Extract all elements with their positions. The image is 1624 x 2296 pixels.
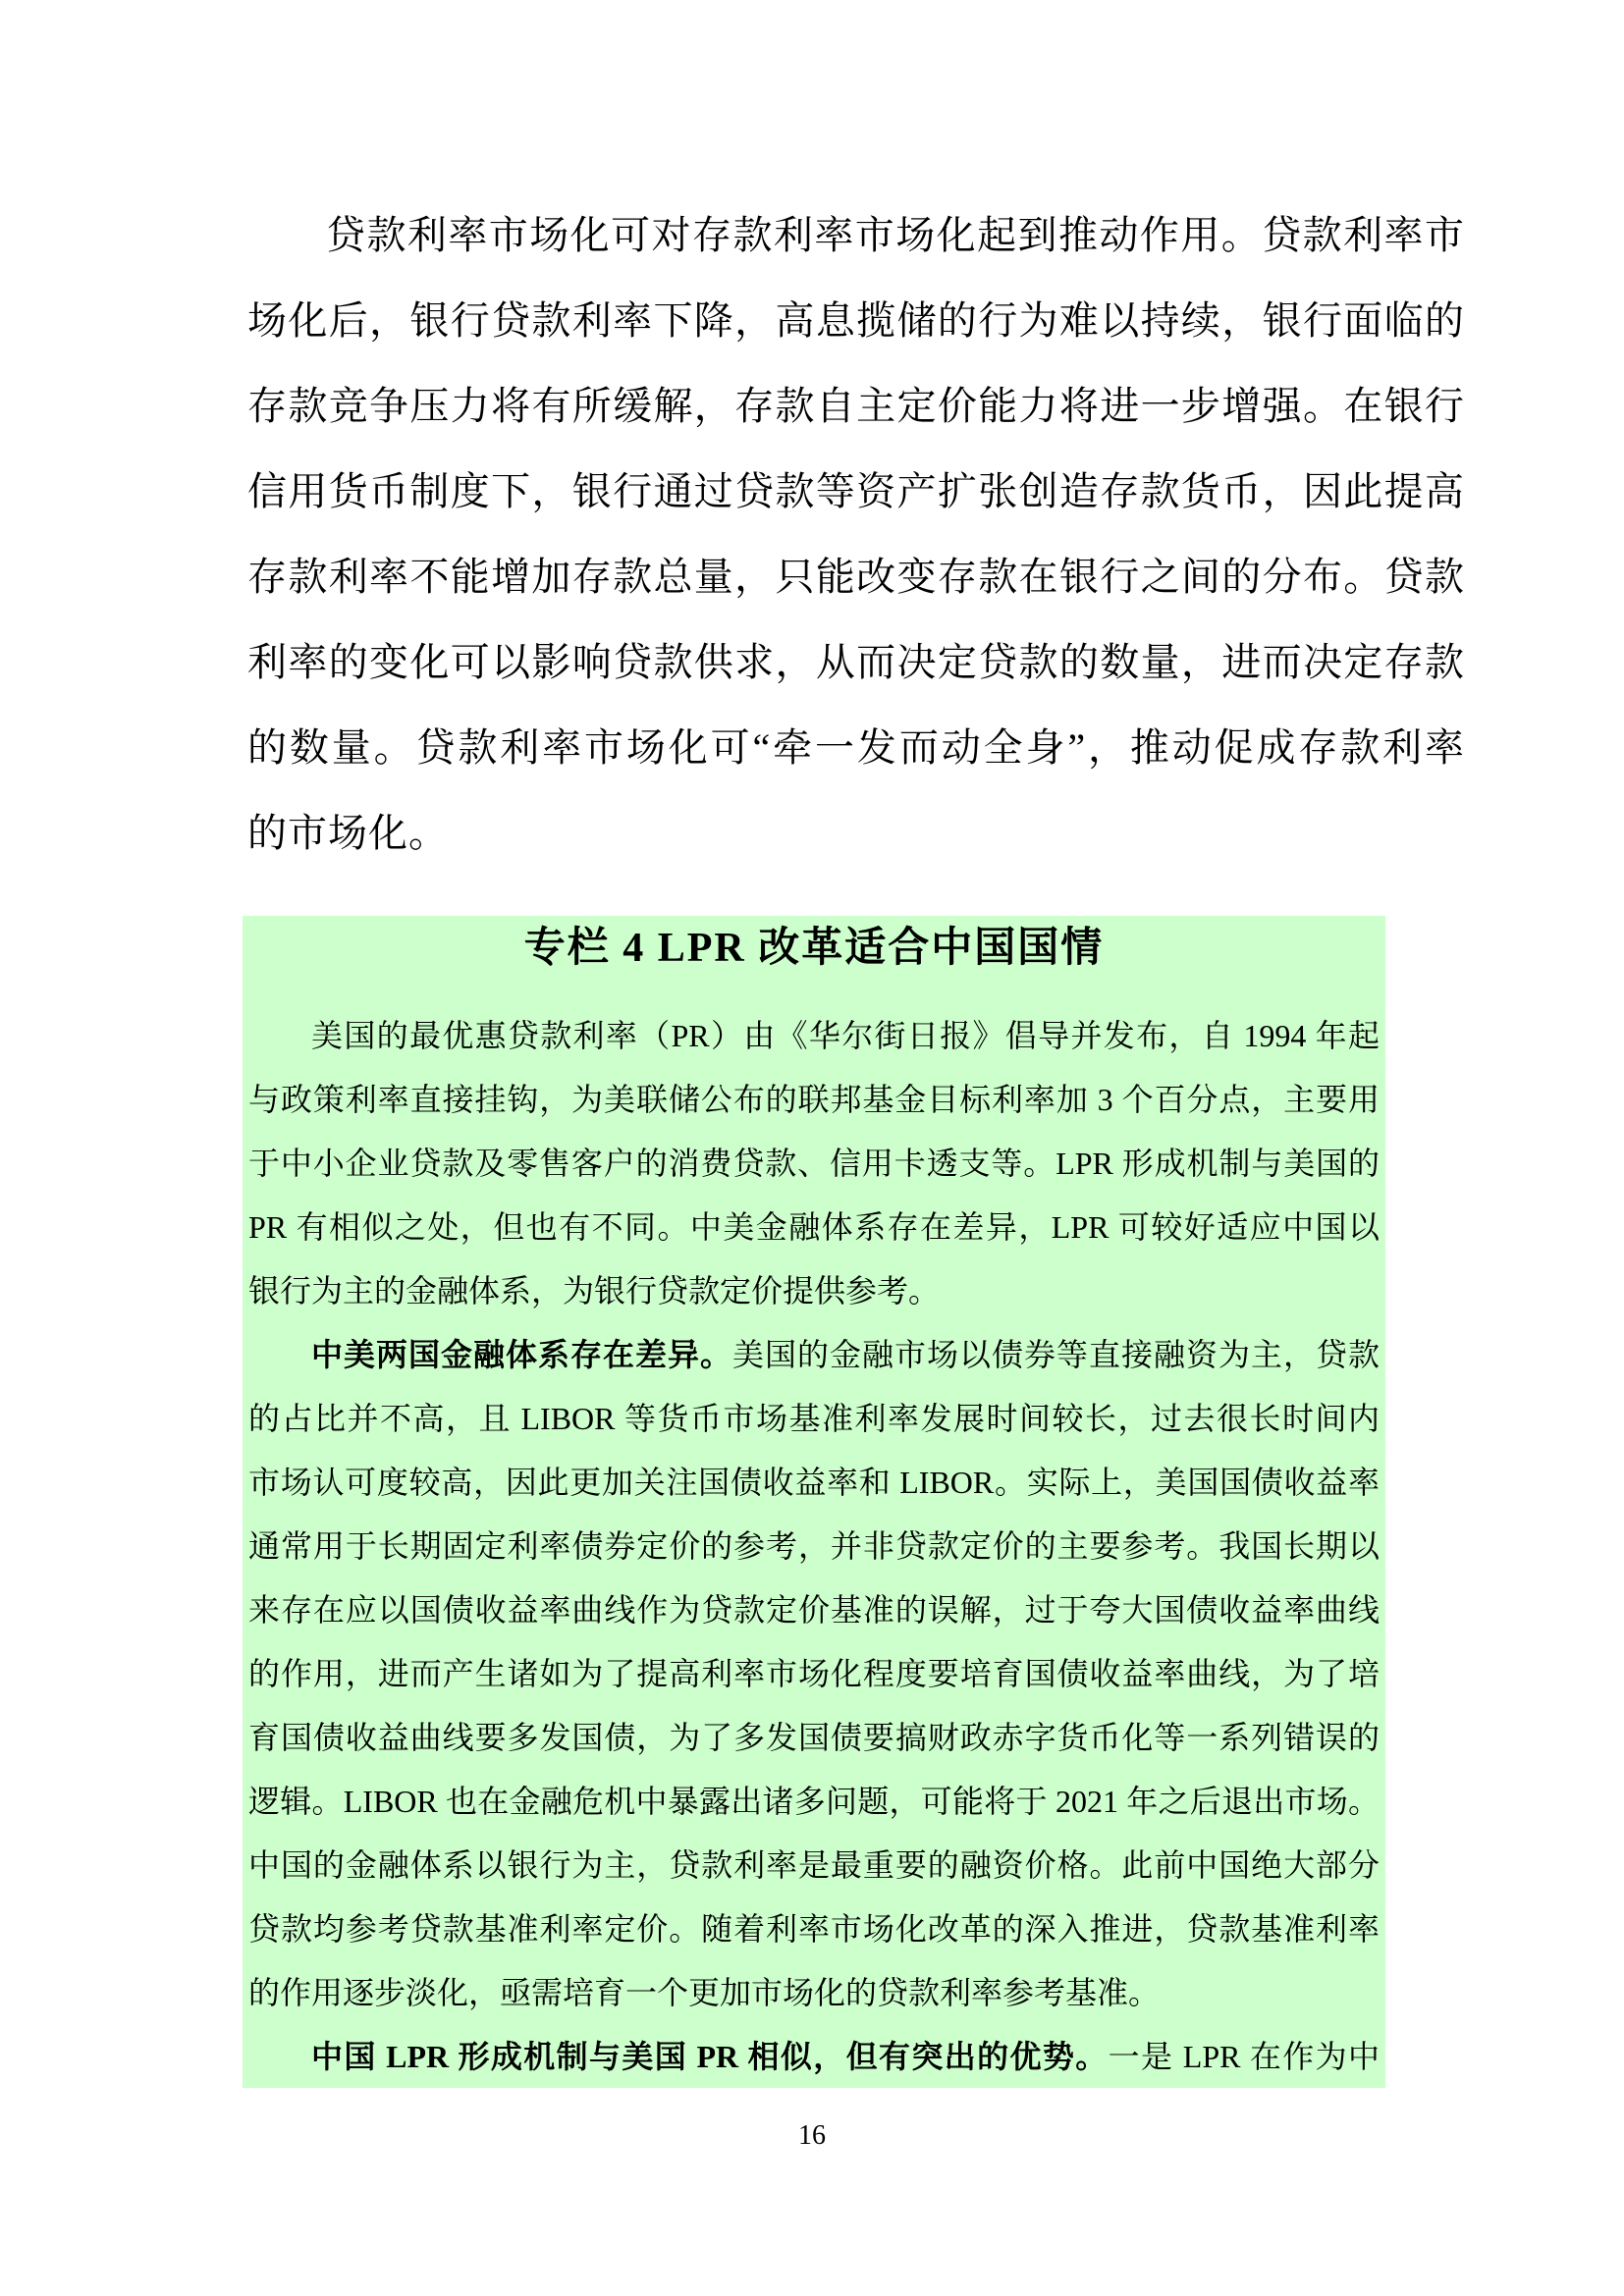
paragraph-line: 存款竞争压力将有所缓解，存款自主定价能力将进一步增强。在银行 [247,363,1465,449]
paragraph-line: 利率的变化可以影响贷款供求，从而决定贷款的数量，进而决定存款 [247,619,1465,705]
box-paragraph-1: 美国的最优惠贷款利率（PR）由《华尔街日报》倡导并发布，自 1994 年起 与政… [248,1004,1380,1323]
document-page: 贷款利率市场化可对存款利率市场化起到推动作用。贷款利率市 场化后，银行贷款利率下… [0,0,1624,2296]
bold-lead: 中美两国金融体系存在差异。 [311,1337,732,1372]
box-line: 与政策利率直接挂钩，为美联储公布的联邦基金目标利率加 3 个百分点，主要用 [248,1068,1380,1132]
line-text: 一是 LPR 在作为中 [1109,2039,1380,2074]
box-line: 来存在应以国债收益率曲线作为贷款定价基准的误解，过于夸大国债收益率曲线 [248,1578,1380,1642]
box-paragraph-2: 中美两国金融体系存在差异。美国的金融市场以债券等直接融资为主，贷款 的占比并不高… [248,1323,1380,2025]
paragraph-line: 的数量。贷款利率市场化可“牵一发而动全身”，推动促成存款利率 [247,705,1465,790]
box-line: 的作用逐步淡化，亟需培育一个更加市场化的贷款利率参考基准。 [248,1961,1380,2025]
box-line: 美国的最优惠贷款利率（PR）由《华尔街日报》倡导并发布，自 1994 年起 [248,1004,1380,1068]
box-line: 中国的金融体系以银行为主，贷款利率是最重要的融资价格。此前中国绝大部分 [248,1834,1380,1897]
box-line: 的作用，进而产生诸如为了提高利率市场化程度要培育国债收益率曲线，为了培 [248,1642,1380,1706]
paragraph-line: 的市场化。 [247,790,1465,876]
paragraph-line: 场化后，银行贷款利率下降，高息揽储的行为难以持续，银行面临的 [247,278,1465,363]
line-text: 美国的金融市场以债券等直接融资为主，贷款 [732,1337,1380,1372]
box-line: 中美两国金融体系存在差异。美国的金融市场以债券等直接融资为主，贷款 [248,1323,1380,1387]
box-title: 专栏 4 LPR 改革适合中国国情 [248,922,1380,975]
main-paragraph: 贷款利率市场化可对存款利率市场化起到推动作用。贷款利率市 场化后，银行贷款利率下… [247,192,1465,876]
box-line: 贷款均参考贷款基准利率定价。随着利率市场化改革的深入推进，贷款基准利率 [248,1897,1380,1961]
paragraph-line: 存款利率不能增加存款总量，只能改变存款在银行之间的分布。贷款 [247,534,1465,619]
box-line: PR 有相似之处，但也有不同。中美金融体系存在差异，LPR 可较好适应中国以 [248,1196,1380,1259]
paragraph-line: 贷款利率市场化可对存款利率市场化起到推动作用。贷款利率市 [247,192,1465,278]
box-line: 的占比并不高，且 LIBOR 等货币市场基准利率发展时间较长，过去很长时间内 [248,1387,1380,1451]
page-number: 16 [0,2120,1624,2152]
lpr-box: 专栏 4 LPR 改革适合中国国情 美国的最优惠贷款利率（PR）由《华尔街日报》… [243,916,1385,2088]
box-line: 通常用于长期固定利率债券定价的参考，并非贷款定价的主要参考。我国长期以 [248,1515,1380,1578]
box-paragraph-3: 中国 LPR 形成机制与美国 PR 相似，但有突出的优势。一是 LPR 在作为中 [248,2025,1380,2088]
box-line: 市场认可度较高，因此更加关注国债收益率和 LIBOR。实际上，美国国债收益率 [248,1451,1380,1515]
box-line: 逻辑。LIBOR 也在金融危机中暴露出诸多问题，可能将于 2021 年之后退出市… [248,1770,1380,1834]
box-line: 于中小企业贷款及零售客户的消费贷款、信用卡透支等。LPR 形成机制与美国的 [248,1132,1380,1196]
box-line: 银行为主的金融体系，为银行贷款定价提供参考。 [248,1259,1380,1323]
box-line: 中国 LPR 形成机制与美国 PR 相似，但有突出的优势。一是 LPR 在作为中 [248,2025,1380,2088]
bold-lead: 中国 LPR 形成机制与美国 PR 相似，但有突出的优势。 [311,2039,1109,2074]
box-line: 育国债收益曲线要多发国债，为了多发国债要搞财政赤字货币化等一系列错误的 [248,1706,1380,1770]
paragraph-line: 信用货币制度下，银行通过贷款等资产扩张创造存款货币，因此提高 [247,449,1465,534]
